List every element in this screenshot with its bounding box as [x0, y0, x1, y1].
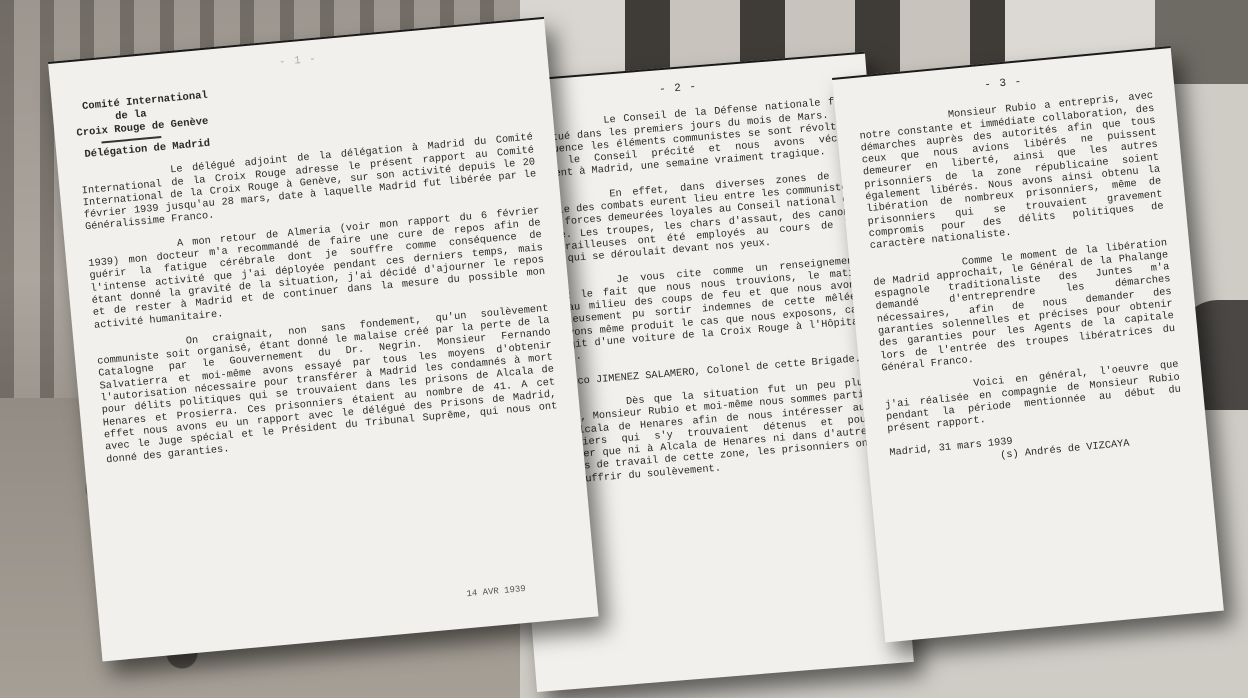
document-page-3: - 3 - Monsieur Rubio a entrepris, avec n…: [832, 46, 1224, 642]
paragraph: On craignait, non sans fondement, qu'un …: [96, 303, 559, 467]
paragraph: Monsieur Rubio a entrepris, avec notre c…: [858, 90, 1165, 253]
date-stamp: 14 AVR 1939: [466, 583, 526, 601]
document-page-1: - 1 - Comité International de la Croix R…: [48, 17, 599, 662]
paragraph: Comme le moment de la libération de Madr…: [872, 237, 1177, 375]
paragraph: Dès que la situation fut un peu plus nor…: [536, 376, 876, 489]
paragraph: En effet, dans diverses zones de la capi…: [519, 169, 858, 269]
paragraph: Le Conseil de la Défense nationale fut c…: [513, 96, 851, 184]
paragraph: Je vous cite comme un renseignement curi…: [526, 254, 866, 367]
